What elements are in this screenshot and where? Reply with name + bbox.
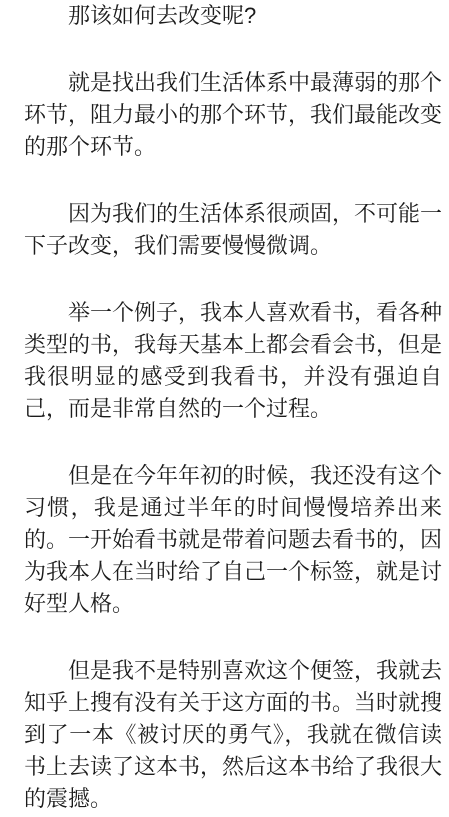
paragraph-2: 就是找出我们生活体系中最薄弱的那个环节，阻力最小的那个环节，我们最能改变的那个环…	[24, 67, 442, 163]
paragraph-4: 举一个例子，我本人喜欢看书，看各种类型的书，我每天基本上都会看会书，但是我很明显…	[24, 297, 442, 425]
paragraph-1: 那该如何去改变呢?	[24, 0, 442, 32]
paragraph-6: 但是我不是特别喜欢这个便签，我就去知乎上搜有没有关于这方面的书。当时就搜到了一本…	[24, 655, 442, 815]
paragraph-3: 因为我们的生活体系很顽固，不可能一下子改变，我们需要慢慢微调。	[24, 198, 442, 262]
reader-page[interactable]: 那该如何去改变呢? 就是找出我们生活体系中最薄弱的那个环节，阻力最小的那个环节，…	[0, 0, 449, 817]
paragraph-5: 但是在今年年初的时候，我还没有这个习惯，我是通过半年的时间慢慢培养出来的。一开始…	[24, 460, 442, 620]
